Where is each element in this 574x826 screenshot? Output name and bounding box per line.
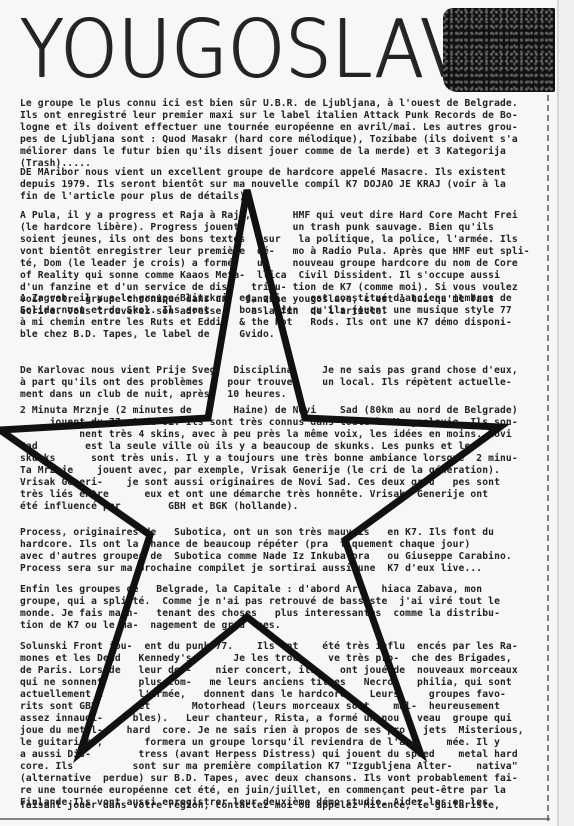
text-line: tion de K7 ou le ma- nagement de grou pe… xyxy=(20,620,281,632)
text-line: ment dans un club de nuit, après 10 heur… xyxy=(20,389,287,401)
text-line: qui ne sonnent plus com- me leurs ancien… xyxy=(20,677,512,689)
text-line: (alternative perdue) sur B.D. Tapes, ave… xyxy=(20,773,518,785)
text-line: of Reality qui sonne comme Kaaos Meta- l… xyxy=(20,270,500,282)
text-line: core. Ils sont sur ma première compilati… xyxy=(20,761,518,773)
text-line: monde. Je fais main- tenant des choses p… xyxy=(20,608,500,620)
text-line: A Pula, il y a progress et Raja à Raja, … xyxy=(20,210,518,222)
text-line: Le groupe le plus connu ici est bien sûr… xyxy=(20,98,518,110)
text-line: actuellement à l'armée, donnent dans le … xyxy=(20,689,506,701)
photocopy-noise-block xyxy=(443,8,555,92)
text-line: hardcore. Ils ont la chance de beaucoup … xyxy=(20,539,470,551)
text-line: Enfin les groupes de Belgrade, la Capita… xyxy=(20,584,482,596)
text-line: Ils ont enregistré leur premier maxi sur… xyxy=(20,110,518,122)
text-line: le guitariste, formera un groupe lorsqu'… xyxy=(20,737,500,749)
text-line: Vrisak Generi- je sont aussi originaires… xyxy=(20,477,500,489)
text-line: groupe, qui a splitté. Comme je n'ai pas… xyxy=(20,596,500,608)
text-line: Process, originaires de Subotica, ont un… xyxy=(20,527,494,539)
text-line: fin de l'article pour plus de détails). xyxy=(20,191,251,203)
text-line: ble chez B.D. Tapes, le label de Gvido. xyxy=(20,329,275,341)
text-line: assez innaudi- bles). Leur chanteur, Ris… xyxy=(20,713,512,725)
text-line: méliorer dans le futur bien qu'ils disen… xyxy=(20,146,506,158)
text-line: Ta Mrznje jouent avec, par exemple, Vris… xyxy=(20,465,500,477)
text-line: skunks sont très unis. Il y a toujours u… xyxy=(20,453,518,465)
text-line: té, Dom (le leader je crois) a formé un … xyxy=(20,258,518,270)
text-line: mones et les Dead Kennedy's. Je les trou… xyxy=(20,653,512,665)
text-line: re une tournée européenne cet été, en ju… xyxy=(20,785,506,797)
text-line: nent très 4 skins, avec à peu près la mê… xyxy=(20,429,512,441)
text-line: à part qu'ils ont des problèmes pour tro… xyxy=(20,377,512,389)
text-line: A Zagreb, il y a le groupe Blitzkri eg, … xyxy=(20,293,512,305)
text-line: 2 Minuta Mrznje (2 minutes de Haine) de … xyxy=(20,405,518,417)
text-line: été influencé par GBH et BGK (hollande). xyxy=(20,501,299,513)
zine-page: YOUGOSLAVIE Le groupe le plus connu ici … xyxy=(0,0,574,826)
page-edge xyxy=(557,0,574,826)
text-line: Sad est la seule ville où ils y a beauco… xyxy=(20,441,476,453)
text-line: DE MAribor nous vient un excellent group… xyxy=(20,167,506,179)
text-line: Process sera sur ma prochaine compilet j… xyxy=(20,563,482,575)
text-line: de Paris. Lors de leur der- nier concert… xyxy=(20,665,518,677)
text-line: depuis 1979. Ils seront bientôt sur ma n… xyxy=(20,179,506,191)
text-line: logne et ils doivent effectuer une tourn… xyxy=(20,122,518,134)
text-line: vont bientôt enregistrer leur première d… xyxy=(20,246,530,258)
text-line: avec d'autres groupes de Subotica comme … xyxy=(20,551,512,563)
page-title: YOUGOSLAVIE xyxy=(20,5,388,95)
text-line: joue du metal- hard core. Je ne sais rie… xyxy=(20,725,524,737)
text-line: jouent du 77 et du Oi. Ils sont très con… xyxy=(20,417,518,429)
bottom-rule xyxy=(0,818,550,820)
right-margin-rule xyxy=(547,95,549,825)
text-line: Solunski Front jou- ent du punk 77. Ils … xyxy=(20,641,518,653)
text-line: faisant jouer dans votre région, contact… xyxy=(20,800,500,812)
text-line: (le hardcore libère). Progress jouent un… xyxy=(20,222,494,234)
text-line: très liés entre eux et ont une démarche … xyxy=(20,489,488,501)
text-line: soient jeunes, ils ont des bons textes s… xyxy=(20,234,518,246)
text-line: De Karlovac nous vient Prije Sveg Discip… xyxy=(20,365,518,377)
text-line: à mi chemin entre les Ruts et Eddi & the… xyxy=(20,317,512,329)
text-line: a aussi Dis- tress (avant Herpess Distre… xyxy=(20,749,518,761)
text-line: Solidarnost et de Skol. Ils sont bons, b… xyxy=(20,305,512,317)
text-line: pes de Ljubljana sont : Quod Masakr (har… xyxy=(20,134,518,146)
text-line: rits sont GBH et Motorhead (leurs morcea… xyxy=(20,701,500,713)
